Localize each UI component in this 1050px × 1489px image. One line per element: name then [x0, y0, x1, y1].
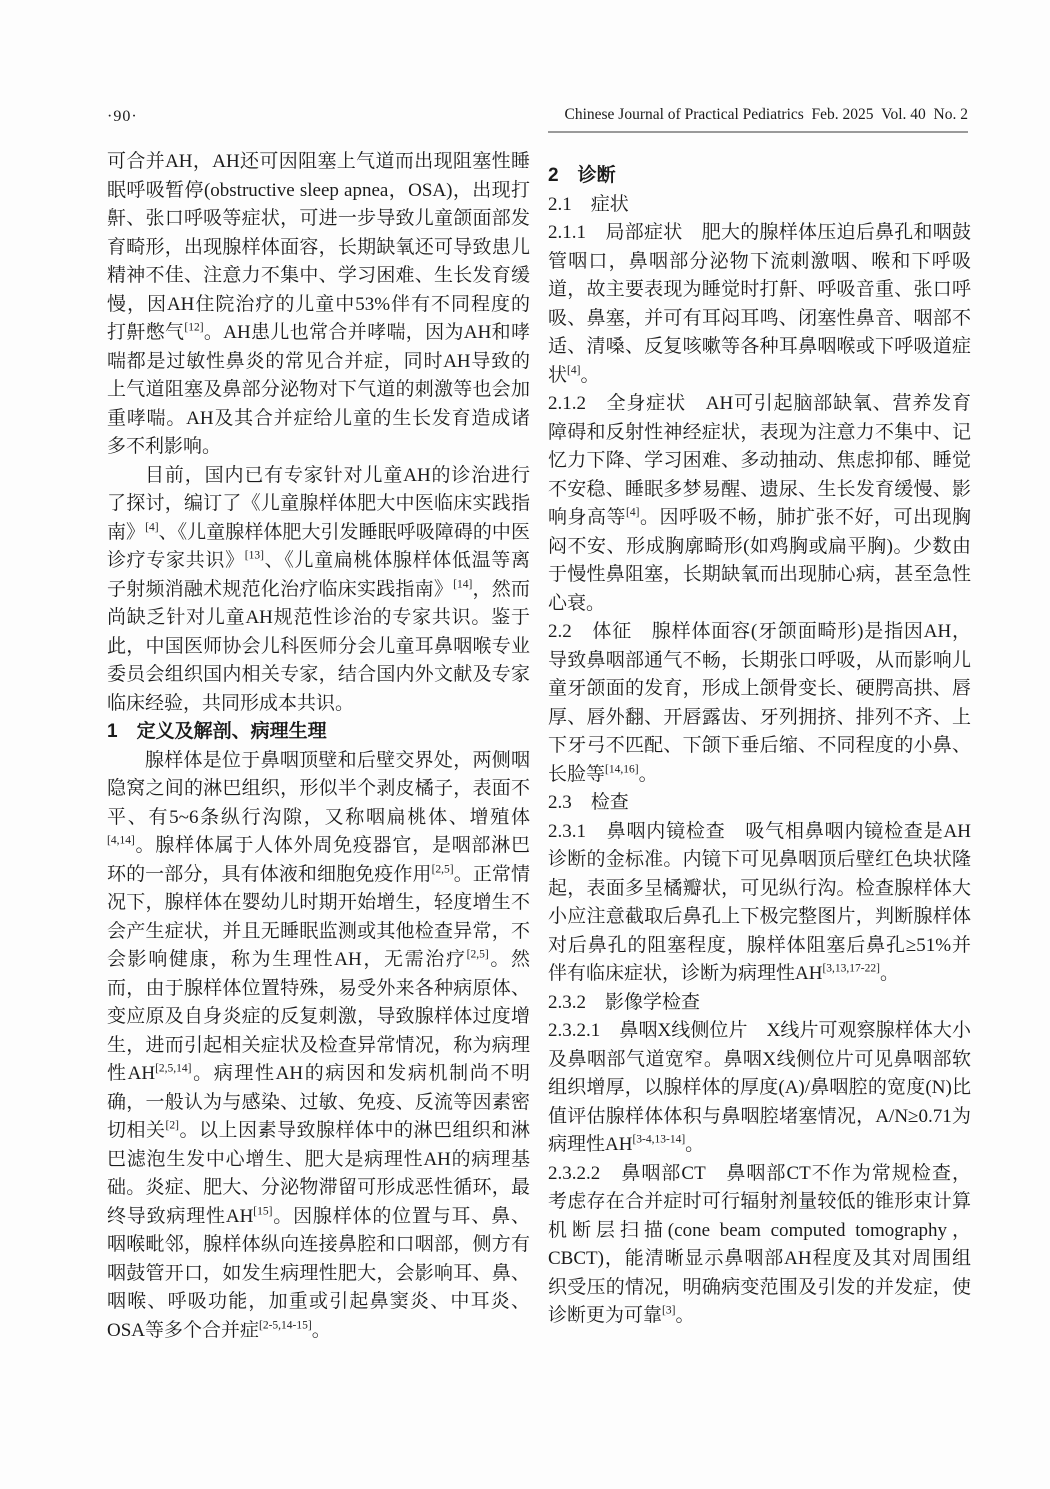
heading-2-3-2-imaging: 2.3.2 影像学检查 [548, 989, 971, 1018]
paragraph-2-1-2-systemic-symptoms: 2.1.2 全身症状 AH可引起脑部缺氧、营养发育障碍和反射性神经症状，表现为注… [548, 390, 971, 618]
paragraph-consensus-background: 目前，国内已有专家针对儿童AH的诊治进行了探讨，编订了《儿童腺样体肥大中医临床实… [107, 462, 530, 719]
page-number: ·90· [107, 108, 530, 133]
right-column: 2 诊断 2.1 症状 2.1.1 局部症状 肥大的腺样体压迫后鼻孔和咽鼓管咽口… [548, 148, 971, 1345]
article-body: 可合并AH，AH还可因阻塞上气道而出现阻塞性睡眠呼吸暂停(obstructive… [107, 148, 968, 1345]
paragraph-anatomy-pathophysiology: 腺样体是位于鼻咽顶壁和后壁交界处，两侧咽隐窝之间的淋巴组织，形似半个剥皮橘子，表… [107, 747, 530, 1346]
heading-section-2: 2 诊断 [548, 162, 971, 191]
heading-2-3-examination: 2.3 检查 [548, 789, 971, 818]
heading-2-1-symptoms: 2.1 症状 [548, 191, 971, 220]
paragraph-2-1-1-local-symptoms: 2.1.1 局部症状 肥大的腺样体压迫后鼻孔和咽鼓管咽口，鼻咽部分泌物下流刺激咽… [548, 219, 971, 390]
paragraph-2-2-signs: 2.2 体征 腺样体面容(牙颌面畸形)是指因AH，导致鼻咽部通气不畅，长期张口呼… [548, 618, 971, 789]
paragraph-2-3-2-1-lateral-xray: 2.3.2.1 鼻咽X线侧位片 X线片可观察腺样体大小及鼻咽部气道宽窄。鼻咽X线… [548, 1017, 971, 1160]
paragraph-2-3-1-nasopharyngoscopy: 2.3.1 鼻咽内镜检查 吸气相鼻咽内镜检查是AH诊断的金标准。内镜下可见鼻咽顶… [548, 818, 971, 989]
page-header: ·90· Chinese Journal of Practical Pediat… [107, 106, 968, 133]
paragraph-2-3-2-2-nasopharyngeal-ct: 2.3.2.2 鼻咽部CT 鼻咽部CT不作为常规检查，考虑存在合并症时可行辐射剂… [548, 1160, 971, 1331]
heading-section-1: 1 定义及解剖、病理生理 [107, 718, 530, 747]
journal-page: ·90· Chinese Journal of Practical Pediat… [0, 0, 1050, 1489]
paragraph-intro-continuation: 可合并AH，AH还可因阻塞上气道而出现阻塞性睡眠呼吸暂停(obstructive… [107, 148, 530, 462]
left-column: 可合并AH，AH还可因阻塞上气道而出现阻塞性睡眠呼吸暂停(obstructive… [107, 148, 530, 1345]
journal-title: Chinese Journal of Practical Pediatrics … [548, 106, 968, 133]
